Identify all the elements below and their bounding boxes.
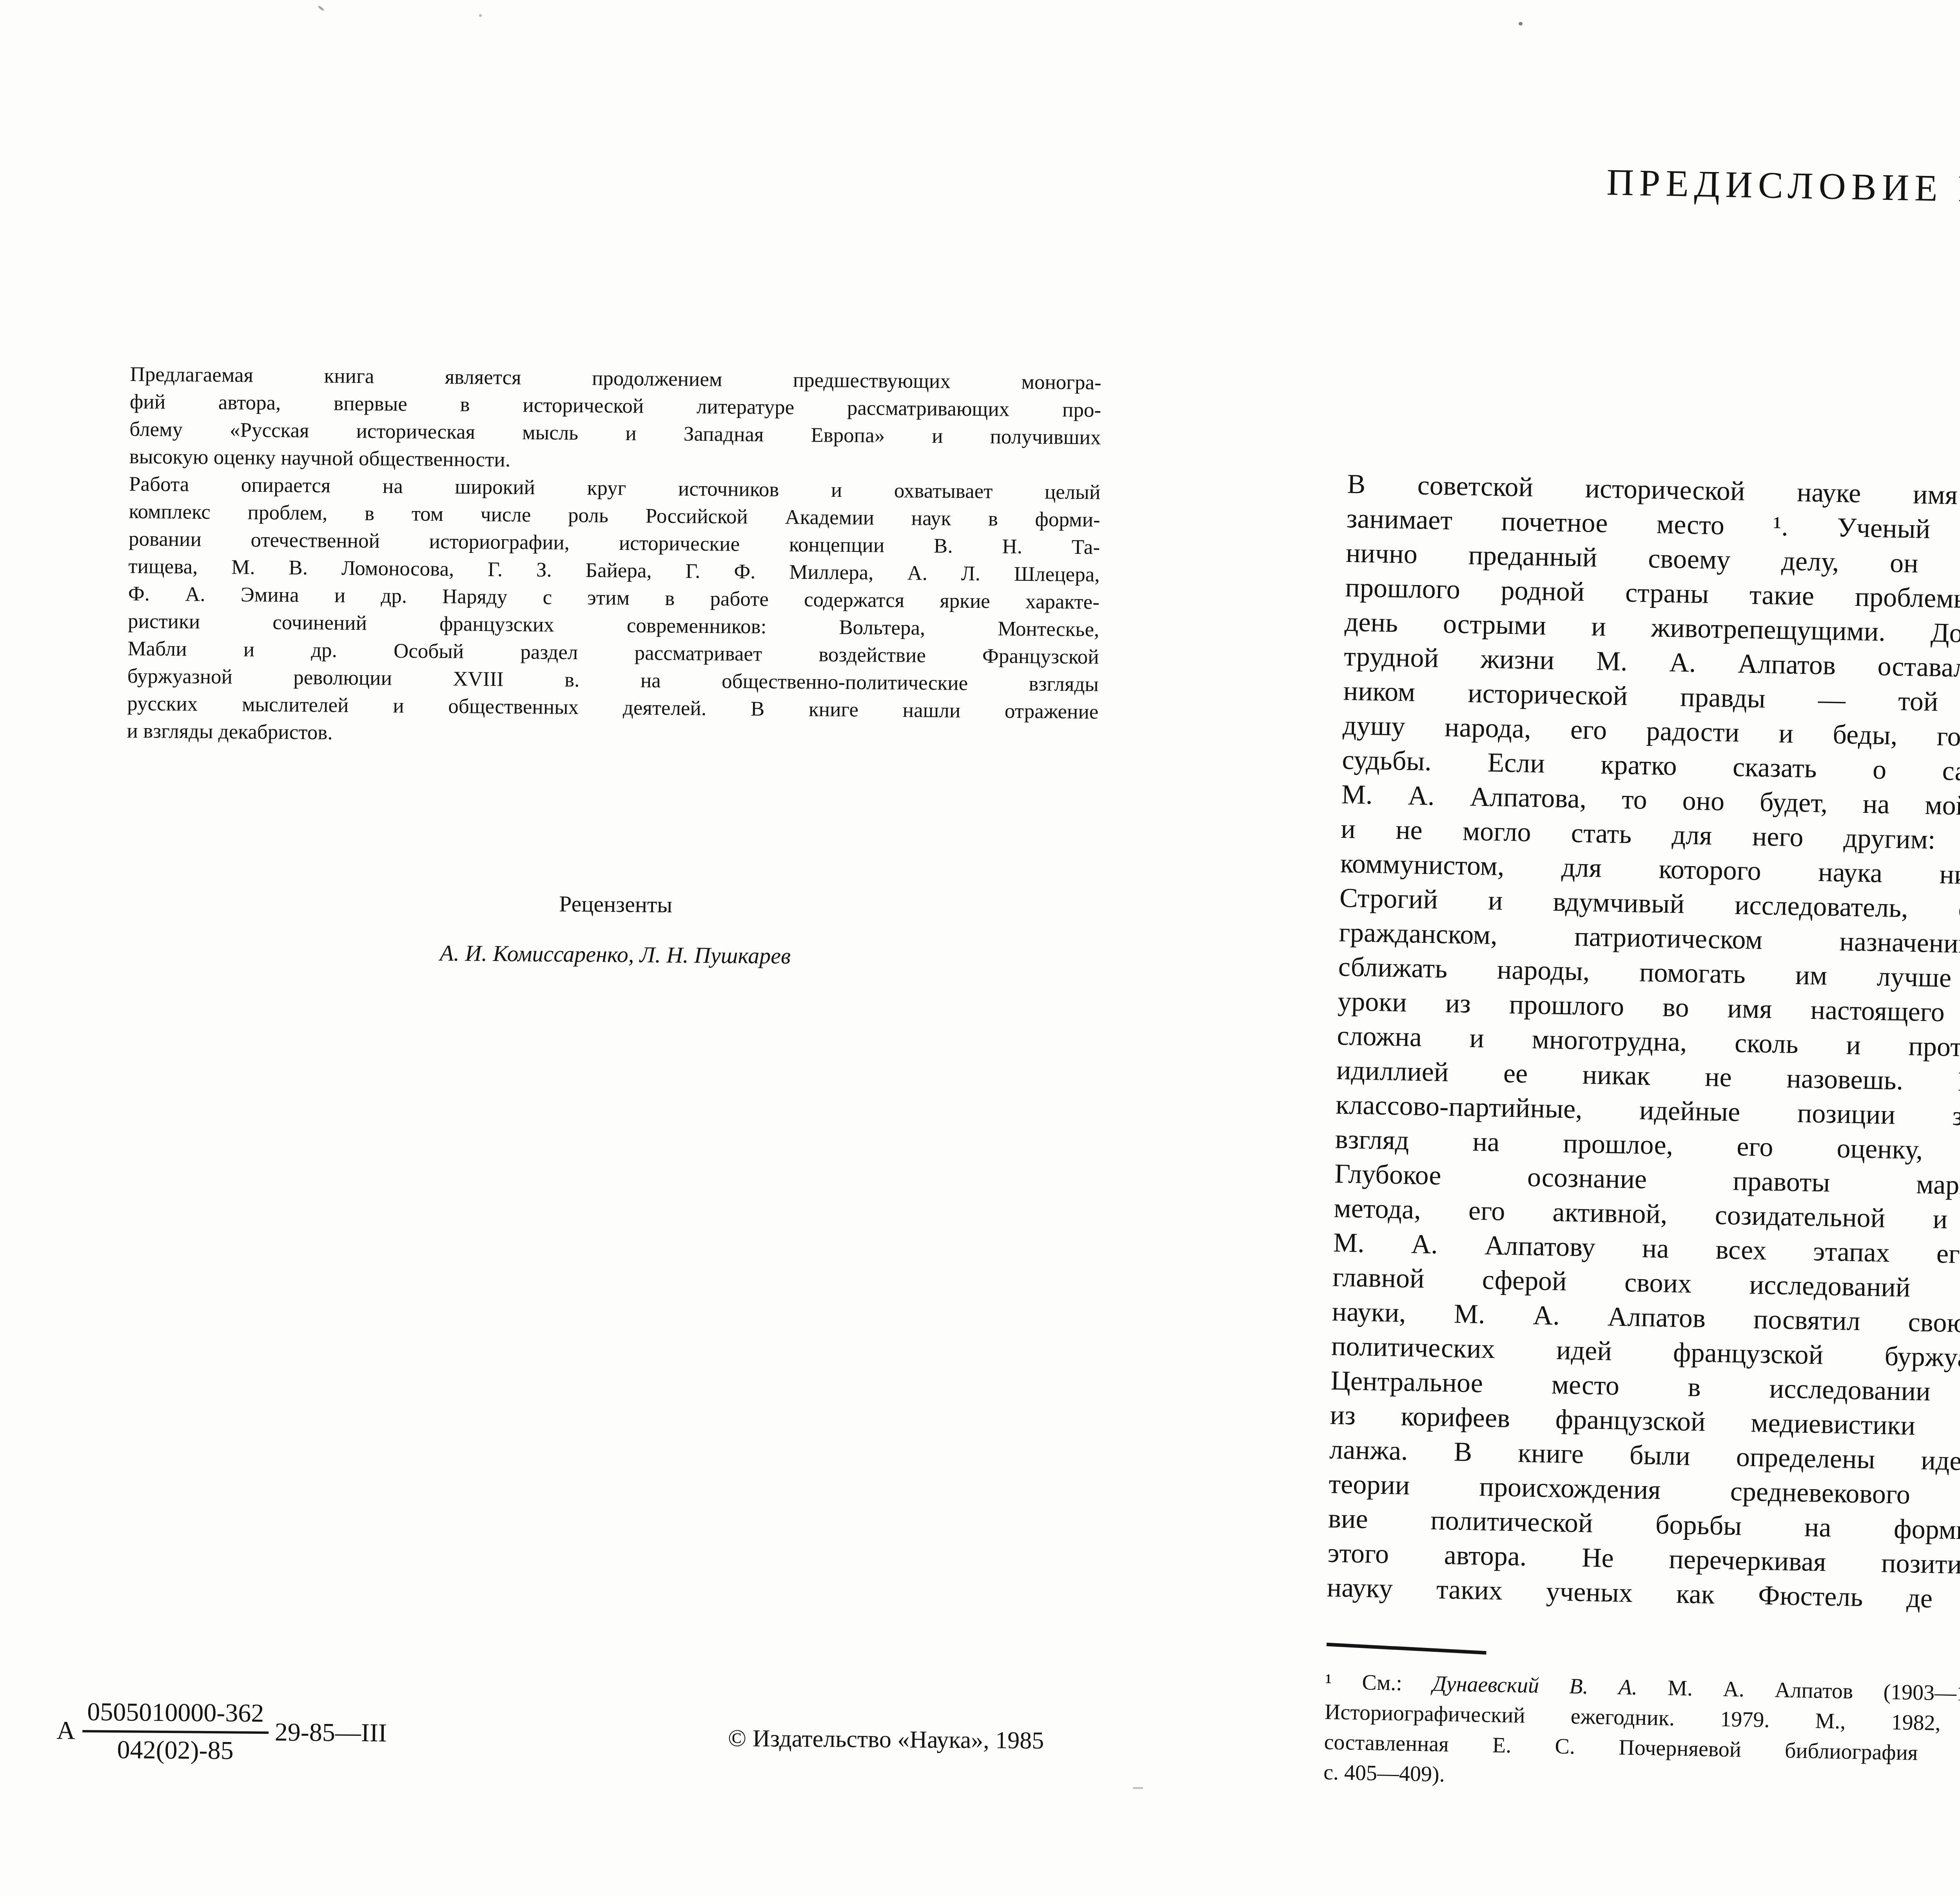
scan-speck	[479, 14, 482, 17]
annotation-block: Предлагаемая книга является продолжением…	[127, 361, 1101, 753]
imprint-suffix: 29-85—III	[275, 1717, 387, 1748]
paragraph: В советской исторической науке имя Михаи…	[1327, 467, 1960, 1626]
preface-body: В советской исторической науке имя Михаи…	[1327, 467, 1960, 1626]
reviewers-names: А. И. Комиссаренко, Л. Н. Пушкарев	[129, 937, 1101, 973]
scan-speck	[318, 5, 325, 11]
paragraph: Работа опирается на широкий круг источни…	[127, 470, 1100, 753]
copyright-notice: ©Издательство «Наука», 1985	[728, 1725, 1044, 1755]
footnote: ¹ См.: Дунаевский В. А. М. А. Алпатов (1…	[1323, 1667, 1960, 1808]
imprint-fraction: 0505010000-362 042(02)-85	[82, 1697, 269, 1766]
copyright-icon: ©	[728, 1725, 747, 1752]
book-scan-page: { "left_page": { "annotation_paragraphs"…	[0, 0, 1960, 1896]
footnote-rule	[1327, 1642, 1486, 1655]
reviewers-heading: Рецензенты	[130, 886, 1102, 923]
reviewers-section: Рецензенты А. И. Комиссаренко, Л. Н. Пуш…	[129, 886, 1102, 973]
scan-speck	[1519, 22, 1523, 25]
imprint-denominator: 042(02)-85	[82, 1732, 269, 1766]
scan-speck	[1133, 1787, 1143, 1789]
imprint-row: А 0505010000-362 042(02)-85 29-85—III ©И…	[56, 1697, 1225, 1773]
imprint-code: А 0505010000-362 042(02)-85 29-85—III	[56, 1697, 387, 1767]
imprint-prefix: А	[56, 1716, 75, 1746]
copyright-text: Издательство «Наука», 1985	[753, 1725, 1044, 1754]
paragraph: Предлагаемая книга является продолжением…	[129, 361, 1102, 479]
paragraph: ¹ См.: Дунаевский В. А. М. А. Алпатов (1…	[1323, 1667, 1960, 1808]
preface-page: ПРЕДИСЛОВИЕ РЕДАКТОРА В советской истори…	[1322, 154, 1960, 1883]
imprint-numerator: 0505010000-362	[82, 1697, 269, 1734]
page-title: ПРЕДИСЛОВИЕ РЕДАКТОРА	[1352, 156, 1960, 220]
